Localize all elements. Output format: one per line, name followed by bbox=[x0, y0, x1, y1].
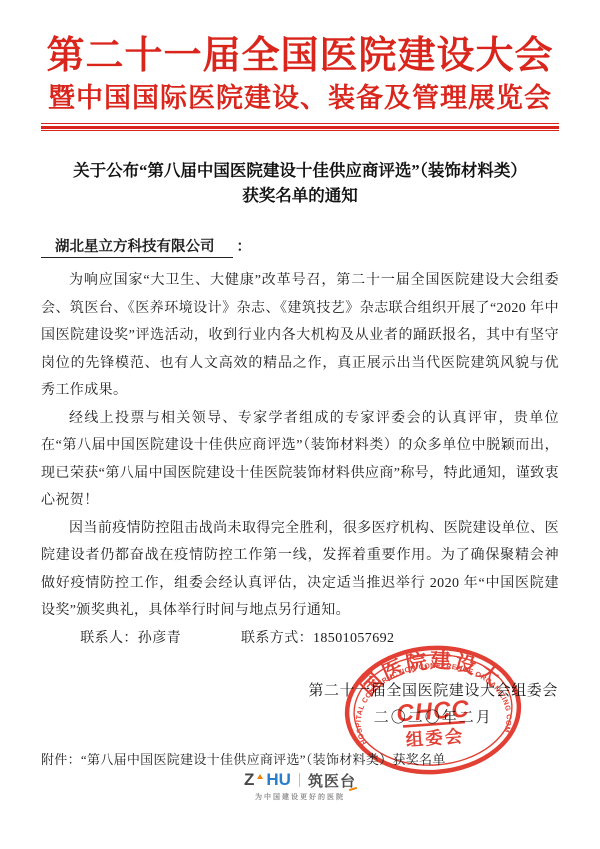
notice-subject: 关于公布“第八届中国医院建设十佳供应商评选”（装饰材料类） 获奖名单的通知 bbox=[41, 158, 559, 208]
recipient-line: 湖北星立方科技有限公司： bbox=[41, 236, 559, 258]
subject-line1: 关于公布“第八届中国医院建设十佳供应商评选”（装饰材料类） bbox=[41, 158, 559, 183]
letterhead-title-line1: 第二十一届全国医院建设大会 bbox=[41, 34, 559, 78]
footer: Z HU 筑医台 为中国建设更好的医院 bbox=[0, 770, 600, 802]
letterhead-title-line2: 暨中国国际医院建设、装备及管理展览会 bbox=[41, 82, 559, 115]
body-paragraph-1: 为响应国家“大卫生、大健康”改革号召，第二十一届全国医院建设大会组委会、筑医台、… bbox=[41, 267, 559, 405]
body-paragraph-2: 经线上投票与相关领导、专家学者组成的专家评委会的认真评审，贵单位在“第八届中国医… bbox=[41, 405, 559, 515]
logo-chinese-text: 筑医台 bbox=[308, 773, 356, 790]
logo-letters-hu: HU bbox=[266, 770, 291, 790]
body-paragraph-3: 因当前疫情防控阻击战尚未取得完全胜利，很多医疗机构、医院建设单位、医院建设者仍都… bbox=[41, 515, 559, 625]
seal-committee-text: 组委会 bbox=[405, 726, 465, 750]
letterhead-divider bbox=[41, 123, 559, 131]
recipient-name: 湖北星立方科技有限公司 bbox=[41, 239, 233, 258]
contact-phone-number: 18501057692 bbox=[313, 631, 394, 646]
footer-tagline: 为中国建设更好的医院 bbox=[0, 792, 600, 802]
contact-person-name: 孙彦青 bbox=[138, 631, 181, 646]
contact-phone-label: 联系方式： bbox=[241, 631, 313, 646]
logo-orange-dot-icon bbox=[257, 774, 263, 779]
notice-document-page: 第二十一届全国医院建设大会 暨中国国际医院建设、装备及管理展览会 关于公布“第八… bbox=[0, 0, 600, 849]
logo-letter-z: Z bbox=[244, 770, 254, 790]
notice-body: 为响应国家“大卫生、大健康”改革号召，第二十一届全国医院建设大会组委会、筑医台、… bbox=[41, 267, 559, 652]
footer-logo: Z HU 筑医台 bbox=[0, 770, 600, 790]
recipient-colon: ： bbox=[233, 239, 252, 255]
contact-person-label: 联系人： bbox=[80, 631, 138, 646]
attachment-note: 附件：“第八届中国医院建设十佳供应商评选”（装饰材料类）获奖名单 bbox=[41, 749, 446, 768]
logo-chinese-name: 筑医台 bbox=[308, 770, 356, 791]
subject-line2: 获奖名单的通知 bbox=[41, 183, 559, 208]
letterhead: 第二十一届全国医院建设大会 暨中国国际医院建设、装备及管理展览会 bbox=[41, 34, 559, 131]
logo-divider bbox=[299, 773, 300, 787]
